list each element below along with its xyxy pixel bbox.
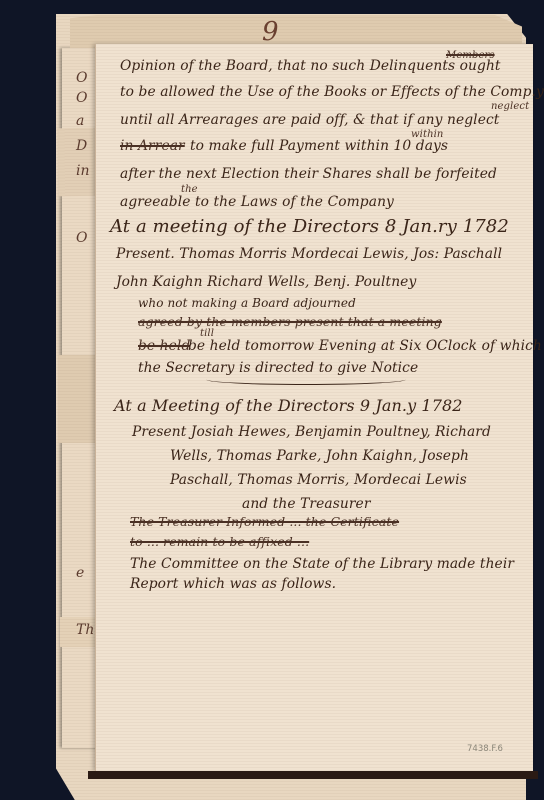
- page-number: 9: [262, 17, 279, 47]
- fragment-text: O: [76, 70, 87, 86]
- struck-text: be held: [138, 338, 190, 354]
- fragment-text: O: [76, 90, 87, 106]
- meeting-heading: At a Meeting of the Directors 9 Jan.y 17…: [114, 396, 463, 415]
- attendees-line: John Kaighn Richard Wells, Benj. Poultne…: [116, 274, 416, 290]
- struck-text: The Treasurer Informed ... the Certifica…: [130, 514, 399, 529]
- minutes-line: who not making a Board adjourned: [138, 296, 356, 310]
- attendees-line: Present. Thomas Morris Mordecai Lewis, J…: [116, 246, 502, 262]
- attendees-line: and the Treasurer: [242, 496, 371, 512]
- meeting-heading: At a meeting of the Directors 8 Jan.ry 1…: [110, 216, 509, 237]
- minutes-line: be held tomorrow Evening at Six OClock o…: [188, 338, 542, 354]
- struck-text: agreed by the members present that a mee…: [138, 314, 442, 329]
- attendees-line: Paschall, Thomas Morris, Mordecai Lewis: [170, 472, 467, 488]
- text-line: Opinion of the Board, that no such Delin…: [120, 58, 501, 74]
- fragment-text: Th: [76, 622, 94, 638]
- text-line: until all Arrearages are paid off, & tha…: [120, 112, 499, 128]
- flourish: [206, 374, 406, 385]
- text-line: to make full Payment within 10 days: [190, 138, 448, 154]
- struck-text: in Arrear: [120, 138, 185, 154]
- text-line: agreeable to the Laws of the Company: [120, 194, 394, 210]
- manuscript-page: Members Opinion of the Board, that no su…: [95, 44, 533, 771]
- catalog-mark: 7438.F.6: [467, 744, 503, 754]
- minutes-line: Report which was as follows.: [130, 576, 336, 592]
- text-line: to be allowed the Use of the Books or Ef…: [120, 84, 544, 100]
- page-shadow: [88, 771, 538, 779]
- fragment-text: D: [76, 138, 87, 154]
- text-line: after the next Election their Shares sha…: [120, 166, 497, 182]
- minutes-line: The Committee on the State of the Librar…: [130, 556, 514, 572]
- struck-text: to ... remain to be affixed ...: [130, 534, 309, 549]
- fragment-text: in: [76, 163, 90, 179]
- attendees-line: Wells, Thomas Parke, John Kaighn, Joseph: [170, 448, 469, 464]
- fragment-text: a: [76, 113, 84, 129]
- interlinear-insertion: neglect: [491, 101, 529, 112]
- fragment-text: e: [76, 565, 84, 581]
- fragment-text: O: [76, 230, 87, 246]
- attendees-line: Present Josiah Hewes, Benjamin Poultney,…: [132, 424, 491, 440]
- scan-background: 9 O O a D in O e Th Members Opinion of t…: [0, 0, 544, 800]
